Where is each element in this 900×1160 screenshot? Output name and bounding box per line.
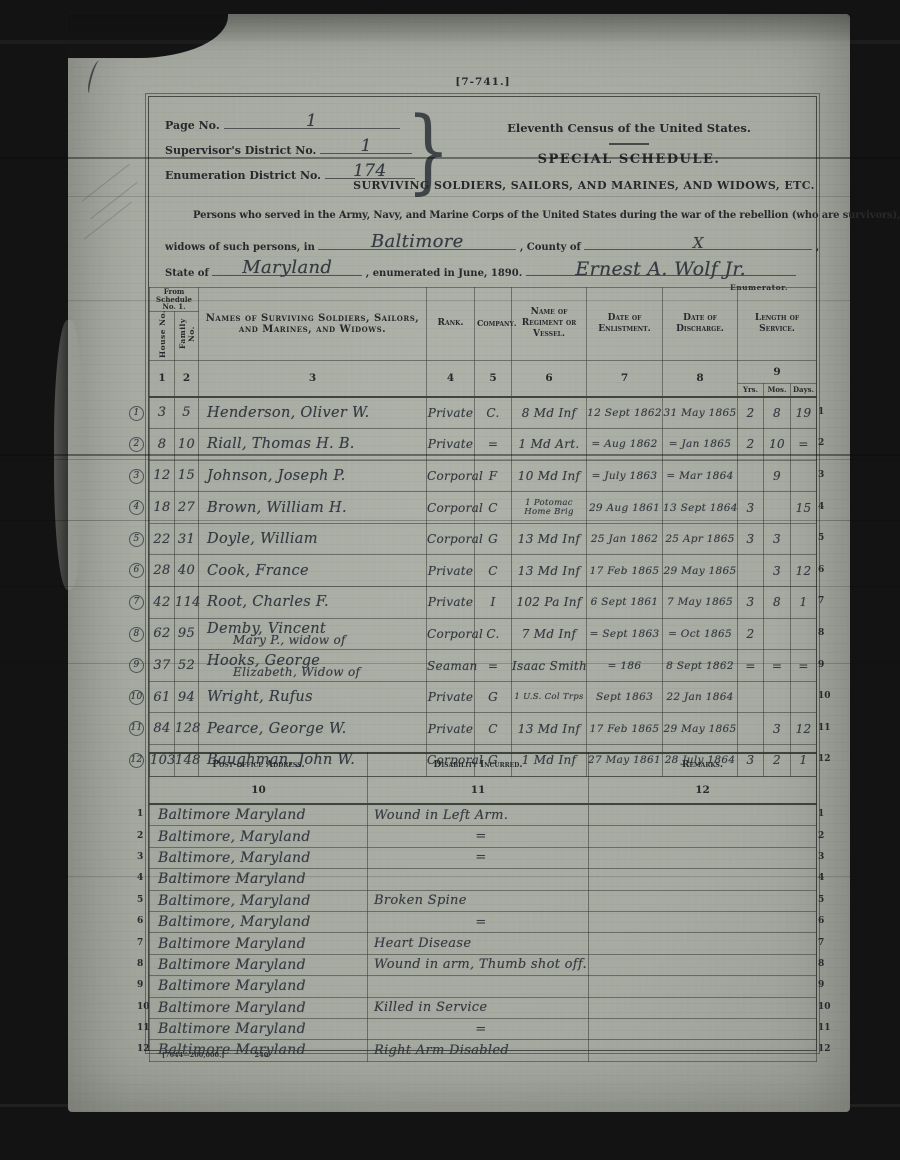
rank: Corporal — [427, 627, 474, 641]
enumeration-district-label: Enumeration District No. — [165, 169, 321, 182]
address-cell: 1Baltimore Maryland — [150, 804, 368, 826]
regiment: 10 Md Inf — [512, 469, 586, 483]
enlistment-date: 29 Aug 1861 — [587, 502, 662, 514]
row-number-right: 4 — [818, 502, 832, 512]
col-number-3: 3 — [199, 360, 427, 397]
discharge-date-cell: 8 Sept 1862 — [663, 650, 738, 682]
schedule-note: From Schedule No. 1. — [150, 288, 199, 312]
company-cell: C. — [475, 618, 512, 650]
name-cell: Doyle, William — [199, 523, 427, 555]
address-cell: 4Baltimore Maryland — [150, 869, 368, 890]
soldier-name: Cook, France — [207, 563, 426, 579]
rank-cell: Corporal — [427, 460, 475, 492]
discharge-date: = Oct 1865 — [663, 628, 737, 640]
soldier-row: 62840Cook, FrancePrivateC13 Md Inf17 Feb… — [150, 555, 817, 587]
remarks-cell: 3 — [589, 847, 817, 868]
service-years: 2 — [738, 627, 763, 641]
company-cell: C — [475, 713, 512, 745]
row-number-right: 8 — [818, 628, 832, 638]
disability: Wound in Left Arm. — [374, 808, 588, 823]
enlistment-date-cell: = July 1863 — [587, 460, 663, 492]
row-number-right: 7 — [818, 596, 832, 606]
regiment: 7 Md Inf — [512, 627, 586, 641]
disability-cell: = — [368, 1018, 589, 1039]
paper-edge-highlight — [54, 320, 84, 590]
discharge-date: 8 Sept 1862 — [663, 660, 737, 672]
address-row: 1Baltimore MarylandWound in Left Arm.1 — [150, 804, 817, 826]
col-number-9: 9 — [738, 360, 817, 383]
disability-cell: Broken Spine — [368, 890, 589, 911]
row-number-right: 5 — [818, 533, 832, 543]
service-months-cell: = — [764, 650, 791, 682]
disability-cell: Right Arm Disabled — [368, 1040, 589, 1061]
row-number-circled: 10 — [129, 690, 144, 705]
soldier-row: 2810Riall, Thomas H. B.Private=1 Md Art.… — [150, 429, 817, 461]
remarks-cell: 12 — [589, 1040, 817, 1061]
discharge-date: 25 Apr 1865 — [663, 533, 737, 545]
enumeration-district-field: 174 — [325, 165, 415, 179]
soldier-name: Brown, William H. — [207, 500, 426, 516]
service-days-cell: 10 — [791, 681, 817, 713]
row-number-right: 9 — [818, 980, 832, 990]
family-no: 10 — [175, 437, 198, 452]
service-days: 15 — [791, 501, 816, 515]
disability-cell: Wound in arm, Thumb shot off. — [368, 954, 589, 975]
soldiers-table: From Schedule No. 1. Names of Surviving … — [149, 287, 817, 777]
col-header-enlistment: Date of Enlistment. — [587, 288, 663, 361]
rank: Corporal — [427, 501, 474, 515]
regiment: 8 Md Inf — [512, 406, 586, 420]
remarks-cell: 6 — [589, 911, 817, 932]
address-row: 5Baltimore, MarylandBroken Spine5 — [150, 890, 817, 911]
col-header-house: House No. — [150, 311, 175, 360]
service-months-cell — [764, 618, 791, 650]
row-number-right: 11 — [818, 1023, 832, 1033]
rank-cell: Private — [427, 587, 475, 619]
col-number-12: 12 — [589, 777, 817, 805]
enlistment-date-cell: 17 Feb 1865 — [587, 555, 663, 587]
row-number-left: 2 — [137, 831, 143, 841]
page-no-label: Page No. — [165, 119, 220, 132]
enlistment-date: Sept 1863 — [587, 691, 662, 703]
house-no-cell: 742 — [150, 587, 175, 619]
discharge-date: 29 May 1865 — [663, 723, 737, 735]
soldier-name: Doyle, William — [207, 531, 426, 547]
address-row: 4Baltimore Maryland4 — [150, 869, 817, 890]
row-number-circled: 5 — [129, 532, 144, 547]
house-no-cell: 28 — [150, 429, 175, 461]
company: = — [475, 437, 511, 451]
service-days-cell: 3 — [791, 460, 817, 492]
address-row: 7Baltimore MarylandHeart Disease7 — [150, 933, 817, 954]
col-header-disability: Disability Incurred. — [368, 753, 589, 777]
soldier-row: 41827Brown, William H.CorporalC1 Potomac… — [150, 492, 817, 524]
rank: Private — [427, 690, 474, 704]
regiment-cell: Isaac Smith — [512, 650, 587, 682]
row-number-right: 9 — [818, 660, 832, 670]
family-no-vertical-label: Family No. — [178, 310, 196, 358]
disability-cell — [368, 869, 589, 890]
county-label: , County of — [520, 242, 581, 253]
county-value: X — [584, 234, 812, 252]
state-field: Maryland — [212, 262, 362, 276]
house-no-cell: 13 — [150, 397, 175, 429]
soldier-name: Pearce, George W. — [207, 721, 426, 737]
house-no: 8 — [150, 437, 174, 452]
company: C — [475, 501, 511, 515]
row-number-right: 3 — [818, 470, 832, 480]
house-no: 12 — [150, 468, 174, 483]
name-cell: Henderson, Oliver W. — [199, 397, 427, 429]
enlistment-date: 25 Jan 1862 — [587, 533, 662, 545]
row-number-right: 6 — [818, 916, 832, 926]
service-years-cell: 3 — [738, 523, 764, 555]
address-cell: 7Baltimore Maryland — [150, 933, 368, 954]
row-number-right: 12 — [818, 754, 832, 764]
rank-cell: Private — [427, 429, 475, 461]
service-years: = — [738, 659, 763, 673]
service-months: 8 — [764, 595, 790, 609]
address-row: 2Baltimore, Maryland=2 — [150, 826, 817, 847]
supervisor-district-label: Supervisor's District No. — [165, 144, 316, 157]
remarks-cell: 5 — [589, 890, 817, 911]
enumeration-district-value: 174 — [325, 161, 415, 181]
disability: = — [374, 915, 588, 930]
company: I — [475, 595, 511, 609]
company-cell: C. — [475, 397, 512, 429]
soldier-name: Johnson, Joseph P. — [207, 468, 426, 484]
rank-cell: Private — [427, 397, 475, 429]
family-no-cell: 128 — [175, 713, 199, 745]
enlistment-date: 17 Feb 1865 — [587, 565, 662, 577]
row-number-circled: 8 — [129, 627, 144, 642]
rank: Private — [427, 437, 474, 451]
enlistment-date: 6 Sept 1861 — [587, 596, 662, 608]
enlistment-date-cell: 29 Aug 1861 — [587, 492, 663, 524]
discharge-date-cell: 29 May 1865 — [663, 713, 738, 745]
family-no: 128 — [175, 721, 198, 736]
service-months: 9 — [764, 469, 790, 483]
family-no-cell: 94 — [175, 681, 199, 713]
print-run-right: 240 — [255, 1051, 269, 1059]
name-cell: Johnson, Joseph P. — [199, 460, 427, 492]
service-years: 2 — [738, 437, 763, 451]
address-cell: 8Baltimore Maryland — [150, 954, 368, 975]
col-number-1: 1 — [150, 360, 175, 397]
discharge-date-cell: 22 Jan 1864 — [663, 681, 738, 713]
house-no: 61 — [150, 690, 174, 705]
print-run-left: [7644—200,000.] — [162, 1051, 224, 1059]
enlistment-date-cell: 12 Sept 1862 — [587, 397, 663, 429]
service-days-cell: 1211 — [791, 713, 817, 745]
enlistment-date: = July 1863 — [587, 470, 662, 482]
regiment-cell: 102 Pa Inf — [512, 587, 587, 619]
form-border-box: Page No. 1 Supervisor's District No. 1 E… — [148, 96, 817, 1051]
supervisor-district-field: 1 — [320, 140, 412, 154]
service-days-cell: 8 — [791, 618, 817, 650]
disability: Wound in arm, Thumb shot off. — [374, 957, 588, 972]
soldier-name: Wright, Rufus — [207, 689, 426, 705]
family-no-cell: 27 — [175, 492, 199, 524]
family-no: 40 — [175, 563, 198, 578]
company: = — [475, 659, 511, 673]
service-months-cell: 8 — [764, 397, 791, 429]
discharge-date-cell: = Mar 1864 — [663, 460, 738, 492]
page-no-line: Page No. 1 — [165, 115, 400, 132]
title-rule — [609, 143, 649, 145]
remarks-cell: 10 — [589, 997, 817, 1018]
house-no-cell: 628 — [150, 555, 175, 587]
intro-line-2: widows of such persons, in Baltimore , C… — [165, 236, 804, 253]
service-days: 1 — [791, 595, 816, 609]
family-no-cell: 114 — [175, 587, 199, 619]
pen-mark — [86, 59, 103, 94]
company: C — [475, 722, 511, 736]
address-cell: 2Baltimore, Maryland — [150, 826, 368, 847]
address-row: 9Baltimore Maryland9 — [150, 976, 817, 997]
post-office-address: Baltimore Maryland — [158, 807, 367, 823]
regiment-cell: 1 Md Art. — [512, 429, 587, 461]
signature-field: Ernest A. Wolf Jr. — [526, 262, 796, 276]
house-no: 84 — [150, 721, 174, 736]
enlistment-date: = 186 — [587, 660, 662, 672]
census-title: Eleventh Census of the United States. — [449, 121, 809, 135]
address-cell: 11Baltimore Maryland — [150, 1018, 368, 1039]
service-sub-mos: Mos. — [764, 383, 791, 397]
post-office-address: Baltimore Maryland — [158, 957, 367, 973]
regiment: 102 Pa Inf — [512, 595, 586, 609]
post-office-address: Baltimore Maryland — [158, 978, 367, 994]
discharge-date-cell: 7 May 1865 — [663, 587, 738, 619]
service-years-cell: 2 — [738, 618, 764, 650]
name-cell: Hooks, GeorgeElizabeth, Widow of — [199, 650, 427, 682]
discharge-date-cell: = Oct 1865 — [663, 618, 738, 650]
remarks-cell: 7 — [589, 933, 817, 954]
company-cell: C — [475, 555, 512, 587]
col-header-names: Names of Surviving Soldiers, Sailors, an… — [199, 288, 427, 361]
row-number-circled: 3 — [129, 469, 144, 484]
enlistment-date: = Aug 1862 — [587, 438, 662, 450]
row-number-circled: 7 — [129, 595, 144, 610]
regiment-cell: 13 Md Inf — [512, 523, 587, 555]
house-no: 42 — [150, 595, 174, 610]
rank: Private — [427, 722, 474, 736]
soldier-row: 86295Demby, VincentMary P., widow ofCorp… — [150, 618, 817, 650]
row-number-left: 1 — [137, 809, 143, 819]
company-cell: C — [475, 492, 512, 524]
enlistment-date-cell: 25 Jan 1862 — [587, 523, 663, 555]
row-number-right: 2 — [818, 831, 832, 841]
family-no-cell: 15 — [175, 460, 199, 492]
col-number-11: 11 — [368, 777, 589, 805]
rank-cell: Corporal — [427, 523, 475, 555]
disability-cell: = — [368, 826, 589, 847]
regiment-cell: 1 U.S. Col Trps — [512, 681, 587, 713]
col-number-2: 2 — [175, 360, 199, 397]
soldier-row: 93752Hooks, GeorgeElizabeth, Widow ofSea… — [150, 650, 817, 682]
service-days-cell: =9 — [791, 650, 817, 682]
address-row: 8Baltimore MarylandWound in arm, Thumb s… — [150, 954, 817, 975]
discharge-date: 13 Sept 1864 — [663, 502, 737, 514]
intro-line-1: Persons who served in the Army, Navy, an… — [165, 210, 804, 221]
address-cell: 6Baltimore, Maryland — [150, 911, 368, 932]
remarks-cell: 4 — [589, 869, 817, 890]
company: G — [475, 690, 511, 704]
row-number-right: 11 — [818, 723, 832, 733]
regiment-cell: 13 Md Inf — [512, 555, 587, 587]
regiment-cell: 10 Md Inf — [512, 460, 587, 492]
company-cell: G — [475, 523, 512, 555]
company-cell: G — [475, 681, 512, 713]
company: C — [475, 564, 511, 578]
discharge-date: 29 May 1865 — [663, 565, 737, 577]
house-no-cell: 418 — [150, 492, 175, 524]
name-cell: Pearce, George W. — [199, 713, 427, 745]
house-no: 22 — [150, 532, 174, 547]
family-no: 95 — [175, 626, 198, 641]
regiment: Isaac Smith — [512, 659, 586, 673]
remarks-cell: 2 — [589, 826, 817, 847]
schedule-title: SPECIAL SCHEDULE. — [449, 152, 809, 167]
family-no-cell: 5 — [175, 397, 199, 429]
row-number-circled: 11 — [129, 721, 144, 736]
post-office-address: Baltimore, Maryland — [158, 914, 367, 930]
row-number-right: 3 — [818, 852, 832, 862]
rank-cell: Corporal — [427, 618, 475, 650]
row-number-right: 1 — [818, 809, 832, 819]
house-no-cell: 1061 — [150, 681, 175, 713]
name-cell: Demby, VincentMary P., widow of — [199, 618, 427, 650]
service-months: = — [764, 659, 790, 673]
discharge-date-cell: 29 May 1865 — [663, 555, 738, 587]
rank-cell: Seaman — [427, 650, 475, 682]
service-years: 2 — [738, 406, 763, 420]
service-years-cell — [738, 555, 764, 587]
service-years: 3 — [738, 501, 763, 515]
service-months: 3 — [764, 532, 790, 546]
house-no-cell: 312 — [150, 460, 175, 492]
soldier-name: Riall, Thomas H. B. — [207, 436, 426, 452]
service-years-cell: = — [738, 650, 764, 682]
service-years-cell — [738, 681, 764, 713]
intro-line2-prefix: widows of such persons, in — [165, 242, 315, 253]
scanned-paper-sheet: [7-741.] Page No. 1 Supervisor's Distric… — [68, 14, 850, 1112]
row-number-right: 5 — [818, 895, 832, 905]
name-cell: Wright, Rufus — [199, 681, 427, 713]
discharge-date-cell: 13 Sept 1864 — [663, 492, 738, 524]
service-months-cell: 9 — [764, 460, 791, 492]
soldier-row: 742114Root, Charles F.PrivateI102 Pa Inf… — [150, 587, 817, 619]
company-cell: F — [475, 460, 512, 492]
regiment: 1 U.S. Col Trps — [512, 693, 586, 702]
row-number-left: 6 — [137, 916, 143, 926]
service-days-cell: 126 — [791, 555, 817, 587]
rank: Corporal — [427, 469, 474, 483]
house-no-cell: 862 — [150, 618, 175, 650]
supervisor-district-line: Supervisor's District No. 1 — [165, 140, 412, 157]
row-number-right: 12 — [818, 1044, 832, 1054]
house-no: 3 — [150, 405, 174, 420]
house-no-cell: 1184 — [150, 713, 175, 745]
address-cell: 10Baltimore Maryland — [150, 997, 368, 1018]
post-office-address: Baltimore Maryland — [158, 1000, 367, 1016]
service-days: 12 — [791, 564, 816, 578]
disability-cell: Killed in Service — [368, 997, 589, 1018]
soldier-name: Root, Charles F. — [207, 594, 426, 610]
disability-cell: = — [368, 911, 589, 932]
soldier-name: Henderson, Oliver W. — [207, 405, 426, 421]
family-no: 15 — [175, 468, 198, 483]
house-no-cell: 522 — [150, 523, 175, 555]
service-months-cell: 3 — [764, 713, 791, 745]
comma: , — [816, 242, 819, 253]
intro-line-3: State of Maryland , enumerated in June, … — [165, 262, 804, 279]
soldier-row: 1184128Pearce, George W.PrivateC13 Md In… — [150, 713, 817, 745]
family-no: 5 — [175, 405, 198, 420]
row-number-circled: 6 — [129, 563, 144, 578]
disability: Killed in Service — [374, 1000, 588, 1015]
service-days-cell: =2 — [791, 429, 817, 461]
address-row: 11Baltimore Maryland=11 — [150, 1018, 817, 1039]
disability: = — [374, 1022, 588, 1037]
col-header-regiment: Name of Regiment or Vessel. — [512, 288, 587, 361]
place-field: Baltimore — [318, 236, 516, 250]
row-number-right: 4 — [818, 873, 832, 883]
family-no: 94 — [175, 690, 198, 705]
service-years-cell: 3 — [738, 492, 764, 524]
row-number-left: 10 — [137, 1002, 150, 1012]
discharge-date: 7 May 1865 — [663, 596, 737, 608]
col-header-family: Family No. — [175, 311, 199, 360]
service-years-cell: 3 — [738, 587, 764, 619]
row-number-right: 2 — [818, 438, 832, 448]
family-no: 52 — [175, 658, 198, 673]
disability: = — [374, 850, 588, 865]
disability-cell: Heart Disease — [368, 933, 589, 954]
row-number-left: 12 — [137, 1044, 150, 1054]
service-months-cell: 3 — [764, 523, 791, 555]
service-years-cell: 2 — [738, 397, 764, 429]
disability-cell: Wound in Left Arm. — [368, 804, 589, 826]
company-cell: = — [475, 650, 512, 682]
remarks-cell: 9 — [589, 976, 817, 997]
company: F — [475, 469, 511, 483]
col-header-rank: Rank. — [427, 288, 475, 361]
enlistment-date-cell: 6 Sept 1861 — [587, 587, 663, 619]
service-months: 10 — [764, 437, 790, 451]
widow-name: Mary P., widow of — [233, 633, 426, 647]
company: C. — [475, 406, 511, 420]
service-days: 19 — [791, 406, 816, 420]
name-cell: Riall, Thomas H. B. — [199, 429, 427, 461]
col-number-8: 8 — [663, 360, 738, 397]
enlistment-date-cell: = 186 — [587, 650, 663, 682]
post-office-address: Baltimore, Maryland — [158, 850, 367, 866]
disability-cell — [368, 976, 589, 997]
soldier-table-body: 135Henderson, Oliver W.PrivateC.8 Md Inf… — [150, 397, 817, 777]
family-no: 114 — [175, 595, 198, 610]
regiment: 13 Md Inf — [512, 532, 586, 546]
service-days: = — [791, 437, 816, 451]
soldier-row: 31215Johnson, Joseph P.CorporalF10 Md In… — [150, 460, 817, 492]
row-number-left: 5 — [137, 895, 143, 905]
address-table-body: 1Baltimore MarylandWound in Left Arm.12B… — [150, 804, 817, 1061]
county-field: X — [584, 236, 812, 250]
service-months: 3 — [764, 564, 790, 578]
address-cell: 5Baltimore, Maryland — [150, 890, 368, 911]
rank: Private — [427, 595, 474, 609]
rank-cell: Private — [427, 713, 475, 745]
